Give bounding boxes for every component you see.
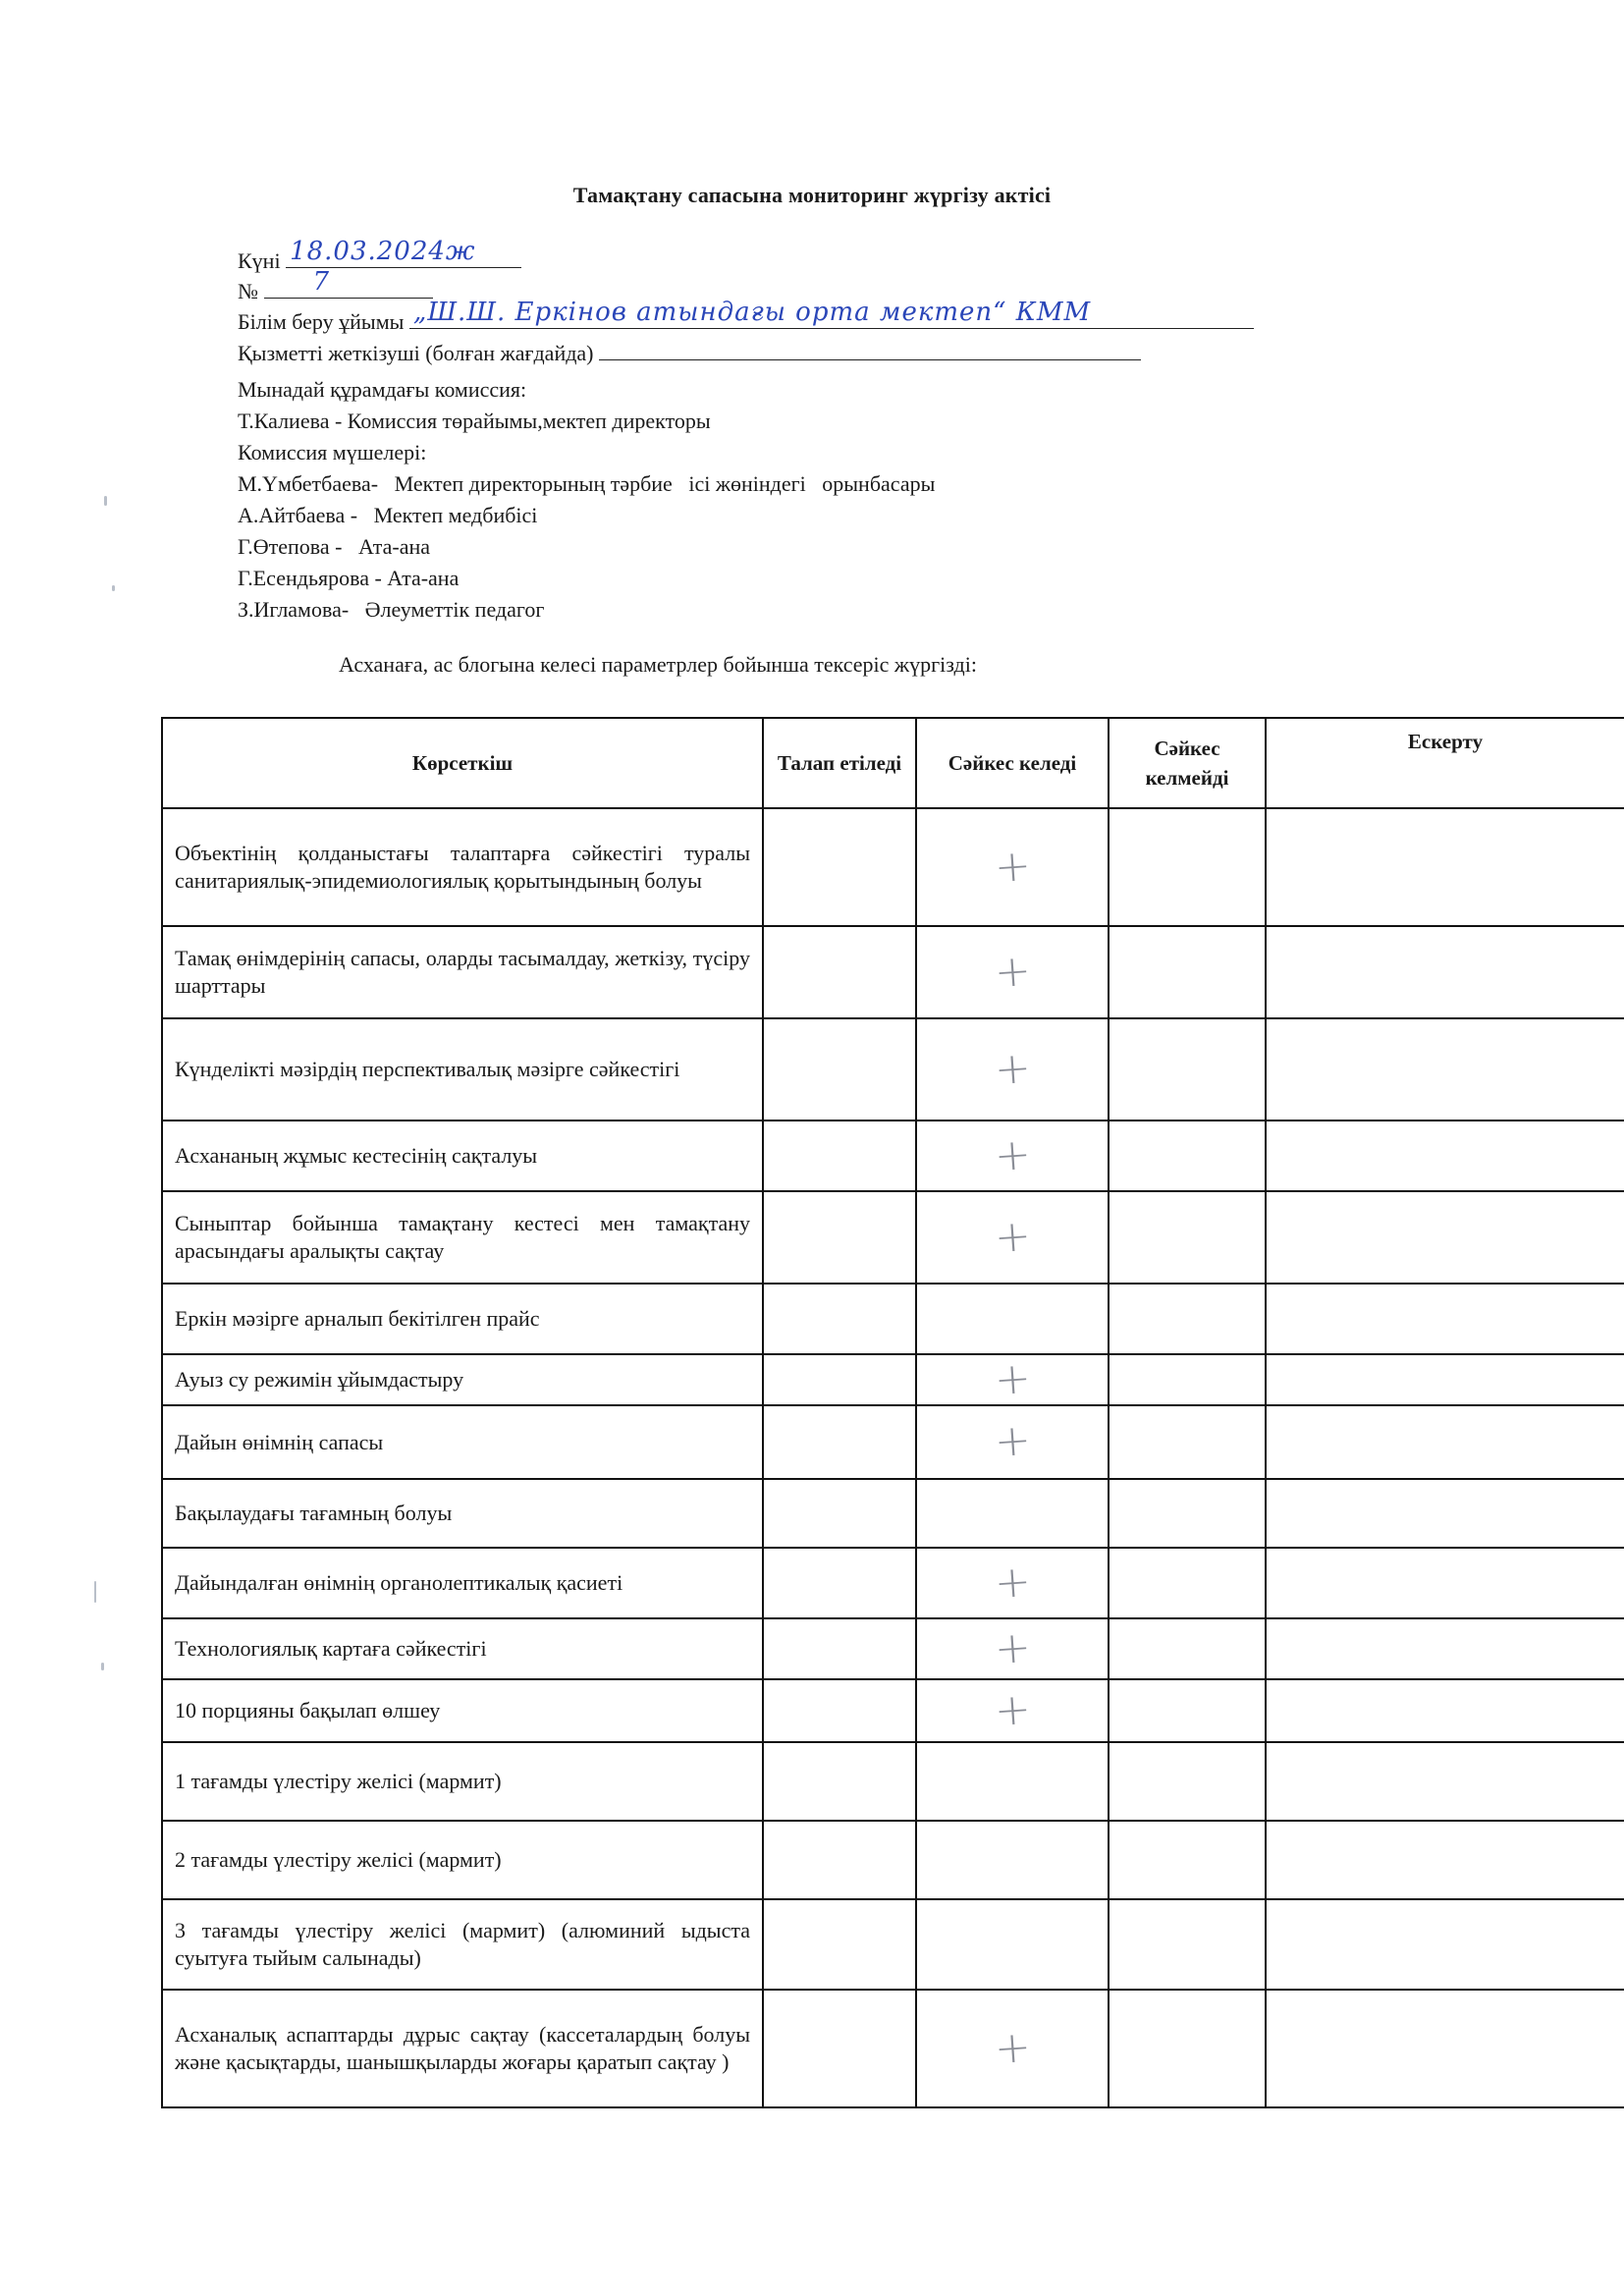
date-line: Күні 18.03.2024ж	[238, 246, 521, 275]
check-mark-icon: +	[993, 951, 1032, 992]
required-cell	[763, 1679, 916, 1742]
note-cell	[1266, 1284, 1624, 1354]
scan-artifact	[112, 585, 115, 591]
col-header-indicator: Көрсеткіш	[162, 718, 763, 808]
check-mark-icon: +	[993, 1421, 1032, 1462]
noncompliant-cell	[1109, 926, 1266, 1018]
required-cell	[763, 808, 916, 926]
member-item: З.Игламова- Әлеуметтік педагог	[238, 596, 544, 624]
col-header-required: Талап етіледі	[763, 718, 916, 808]
note-cell	[1266, 1899, 1624, 1990]
inspection-table: Көрсеткіш Талап етіледі Сәйкес келеді Сә…	[161, 717, 1624, 2108]
required-cell	[763, 1742, 916, 1821]
compliant-cell: +	[916, 808, 1109, 926]
indicator-cell: Асханалық аспаптарды дұрыс сақтау (кассе…	[162, 1990, 763, 2107]
indicator-cell: 1 тағамды үлестіру желісі (мармит)	[162, 1742, 763, 1821]
note-cell	[1266, 1548, 1624, 1618]
compliant-cell: +	[916, 1618, 1109, 1679]
compliant-cell: +	[916, 1405, 1109, 1479]
member-item: М.Үмбетбаева- Мектеп директорының тәрбие…	[238, 470, 935, 498]
table-row: 10 порцияны бақылап өлшеу+	[162, 1679, 1624, 1742]
organization-line: Білім беру ұйымы „Ш.Ш. Еркінов атындағы …	[238, 306, 1254, 336]
provider-label: Қызметті жеткізуші (болған жағдайда)	[238, 341, 594, 365]
required-cell	[763, 1479, 916, 1548]
noncompliant-cell	[1109, 1284, 1266, 1354]
member-item: Г.Есендьярова - Ата-ана	[238, 565, 459, 592]
organization-label: Білім беру ұйымы	[238, 309, 404, 334]
table-row: Сыныптар бойынша тамақтану кестесі мен т…	[162, 1191, 1624, 1284]
noncompliant-cell	[1109, 1121, 1266, 1191]
indicator-cell: Объектінің қолданыстағы талаптарға сәйке…	[162, 808, 763, 926]
noncompliant-cell	[1109, 1191, 1266, 1284]
col-header-noncompliant: Сәйкес келмейді	[1109, 718, 1266, 808]
table-row: Ауыз су режимін ұйымдастыру+	[162, 1354, 1624, 1405]
note-cell	[1266, 1121, 1624, 1191]
noncompliant-cell	[1109, 1018, 1266, 1121]
date-value: 18.03.2024ж	[290, 238, 475, 265]
compliant-cell: +	[916, 1191, 1109, 1284]
check-mark-icon: +	[993, 2027, 1032, 2068]
required-cell	[763, 1990, 916, 2107]
compliant-cell: +	[916, 1121, 1109, 1191]
compliant-cell	[916, 1284, 1109, 1354]
table-row: Тамақ өнімдерінің сапасы, оларды тасымал…	[162, 926, 1624, 1018]
note-cell	[1266, 1990, 1624, 2107]
check-mark-icon: +	[993, 1358, 1032, 1399]
indicator-cell: Технологиялық картаға сәйкестігі	[162, 1618, 763, 1679]
table-row: 1 тағамды үлестіру желісі (мармит)	[162, 1742, 1624, 1821]
organization-value: „Ш.Ш. Еркінов атындағы орта мектеп“ КММ	[413, 299, 1091, 326]
check-mark-icon: +	[993, 1561, 1032, 1603]
table-row: Асхананың жұмыс кестесінің сақталуы+	[162, 1121, 1624, 1191]
scan-artifact	[104, 496, 107, 506]
member-item: А.Айтбаева - Мектеп медбибісі	[238, 502, 537, 529]
number-field: 7	[264, 276, 433, 299]
table-row: Күнделікті мәзірдің перспективалық мәзір…	[162, 1018, 1624, 1121]
noncompliant-cell	[1109, 1990, 1266, 2107]
table-row: Бақылаудағы тағамның болуы	[162, 1479, 1624, 1548]
required-cell	[763, 926, 916, 1018]
scan-artifact	[94, 1581, 96, 1603]
noncompliant-cell	[1109, 808, 1266, 926]
required-cell	[763, 1191, 916, 1284]
note-cell	[1266, 1618, 1624, 1679]
indicator-cell: 3 тағамды үлестіру желісі (мармит) (алюм…	[162, 1899, 763, 1990]
note-cell	[1266, 808, 1624, 926]
provider-line: Қызметті жеткізуші (болған жағдайда)	[238, 338, 1141, 367]
commission-chair: Т.Калиева - Комиссия төрайымы,мектеп дир…	[238, 408, 711, 435]
compliant-cell: +	[916, 1354, 1109, 1405]
noncompliant-cell	[1109, 1679, 1266, 1742]
noncompliant-cell	[1109, 1548, 1266, 1618]
commission-heading: Мынадай құрамдағы комиссия:	[238, 376, 526, 404]
indicator-cell: Дайындалған өнімнің органолептикалық қас…	[162, 1548, 763, 1618]
date-field: 18.03.2024ж	[286, 246, 521, 268]
required-cell	[763, 1354, 916, 1405]
organization-field: „Ш.Ш. Еркінов атындағы орта мектеп“ КММ	[409, 306, 1254, 329]
check-mark-icon: +	[993, 1627, 1032, 1668]
required-cell	[763, 1284, 916, 1354]
inspection-intro: Асханаға, ас блогына келесі параметрлер …	[339, 652, 977, 678]
note-cell	[1266, 1018, 1624, 1121]
number-label: №	[238, 279, 258, 303]
indicator-cell: Бақылаудағы тағамның болуы	[162, 1479, 763, 1548]
table-header-row: Көрсеткіш Талап етіледі Сәйкес келеді Сә…	[162, 718, 1624, 808]
note-cell	[1266, 1679, 1624, 1742]
noncompliant-cell	[1109, 1742, 1266, 1821]
member-item: Г.Өтепова - Ата-ана	[238, 533, 430, 561]
indicator-cell: Асхананың жұмыс кестесінің сақталуы	[162, 1121, 763, 1191]
compliant-cell: +	[916, 1990, 1109, 2107]
note-cell	[1266, 1354, 1624, 1405]
col-header-compliant: Сәйкес келеді	[916, 718, 1109, 808]
indicator-cell: Ауыз су режимін ұйымдастыру	[162, 1354, 763, 1405]
table-row: 2 тағамды үлестіру желісі (мармит)	[162, 1821, 1624, 1899]
compliant-cell: +	[916, 926, 1109, 1018]
required-cell	[763, 1405, 916, 1479]
table-body: Объектінің қолданыстағы талаптарға сәйке…	[162, 808, 1624, 2107]
note-cell	[1266, 1821, 1624, 1899]
check-mark-icon: +	[993, 1048, 1032, 1089]
provider-field	[599, 338, 1141, 360]
table-row: Дайындалған өнімнің органолептикалық қас…	[162, 1548, 1624, 1618]
noncompliant-cell	[1109, 1899, 1266, 1990]
col-header-note: Ескерту	[1266, 718, 1624, 808]
required-cell	[763, 1018, 916, 1121]
number-value: 7	[313, 268, 331, 296]
table-row: 3 тағамды үлестіру желісі (мармит) (алюм…	[162, 1899, 1624, 1990]
document-title: Тамақтану сапасына мониторинг жүргізу ак…	[0, 183, 1624, 208]
noncompliant-cell	[1109, 1479, 1266, 1548]
noncompliant-cell	[1109, 1618, 1266, 1679]
required-cell	[763, 1821, 916, 1899]
indicator-cell: Дайын өнімнің сапасы	[162, 1405, 763, 1479]
noncompliant-cell	[1109, 1405, 1266, 1479]
required-cell	[763, 1548, 916, 1618]
note-cell	[1266, 1479, 1624, 1548]
compliant-cell	[916, 1821, 1109, 1899]
compliant-cell	[916, 1742, 1109, 1821]
members-heading: Комиссия мүшелері:	[238, 439, 426, 466]
check-mark-icon: +	[993, 1134, 1032, 1175]
compliant-cell: +	[916, 1679, 1109, 1742]
noncompliant-cell	[1109, 1354, 1266, 1405]
compliant-cell	[916, 1899, 1109, 1990]
compliant-cell: +	[916, 1548, 1109, 1618]
indicator-cell: Еркін мәзірге арналып бекітілген прайс	[162, 1284, 763, 1354]
indicator-cell: Күнделікті мәзірдің перспективалық мәзір…	[162, 1018, 763, 1121]
required-cell	[763, 1618, 916, 1679]
table-row: Технологиялық картаға сәйкестігі+	[162, 1618, 1624, 1679]
compliant-cell	[916, 1479, 1109, 1548]
table-row: Объектінің қолданыстағы талаптарға сәйке…	[162, 808, 1624, 926]
table-row: Дайын өнімнің сапасы+	[162, 1405, 1624, 1479]
scan-artifact	[101, 1663, 104, 1670]
table-row: Асханалық аспаптарды дұрыс сақтау (кассе…	[162, 1990, 1624, 2107]
required-cell	[763, 1121, 916, 1191]
note-cell	[1266, 926, 1624, 1018]
required-cell	[763, 1899, 916, 1990]
indicator-cell: Тамақ өнімдерінің сапасы, оларды тасымал…	[162, 926, 763, 1018]
indicator-cell: 2 тағамды үлестіру желісі (мармит)	[162, 1821, 763, 1899]
indicator-cell: Сыныптар бойынша тамақтану кестесі мен т…	[162, 1191, 763, 1284]
noncompliant-cell	[1109, 1821, 1266, 1899]
number-line: № 7	[238, 276, 433, 305]
note-cell	[1266, 1191, 1624, 1284]
table-row: Еркін мәзірге арналып бекітілген прайс	[162, 1284, 1624, 1354]
note-cell	[1266, 1742, 1624, 1821]
indicator-cell: 10 порцияны бақылап өлшеу	[162, 1679, 763, 1742]
compliant-cell: +	[916, 1018, 1109, 1121]
date-label: Күні	[238, 248, 281, 273]
note-cell	[1266, 1405, 1624, 1479]
check-mark-icon: +	[993, 1216, 1032, 1257]
check-mark-icon: +	[993, 846, 1032, 887]
check-mark-icon: +	[993, 1689, 1032, 1730]
